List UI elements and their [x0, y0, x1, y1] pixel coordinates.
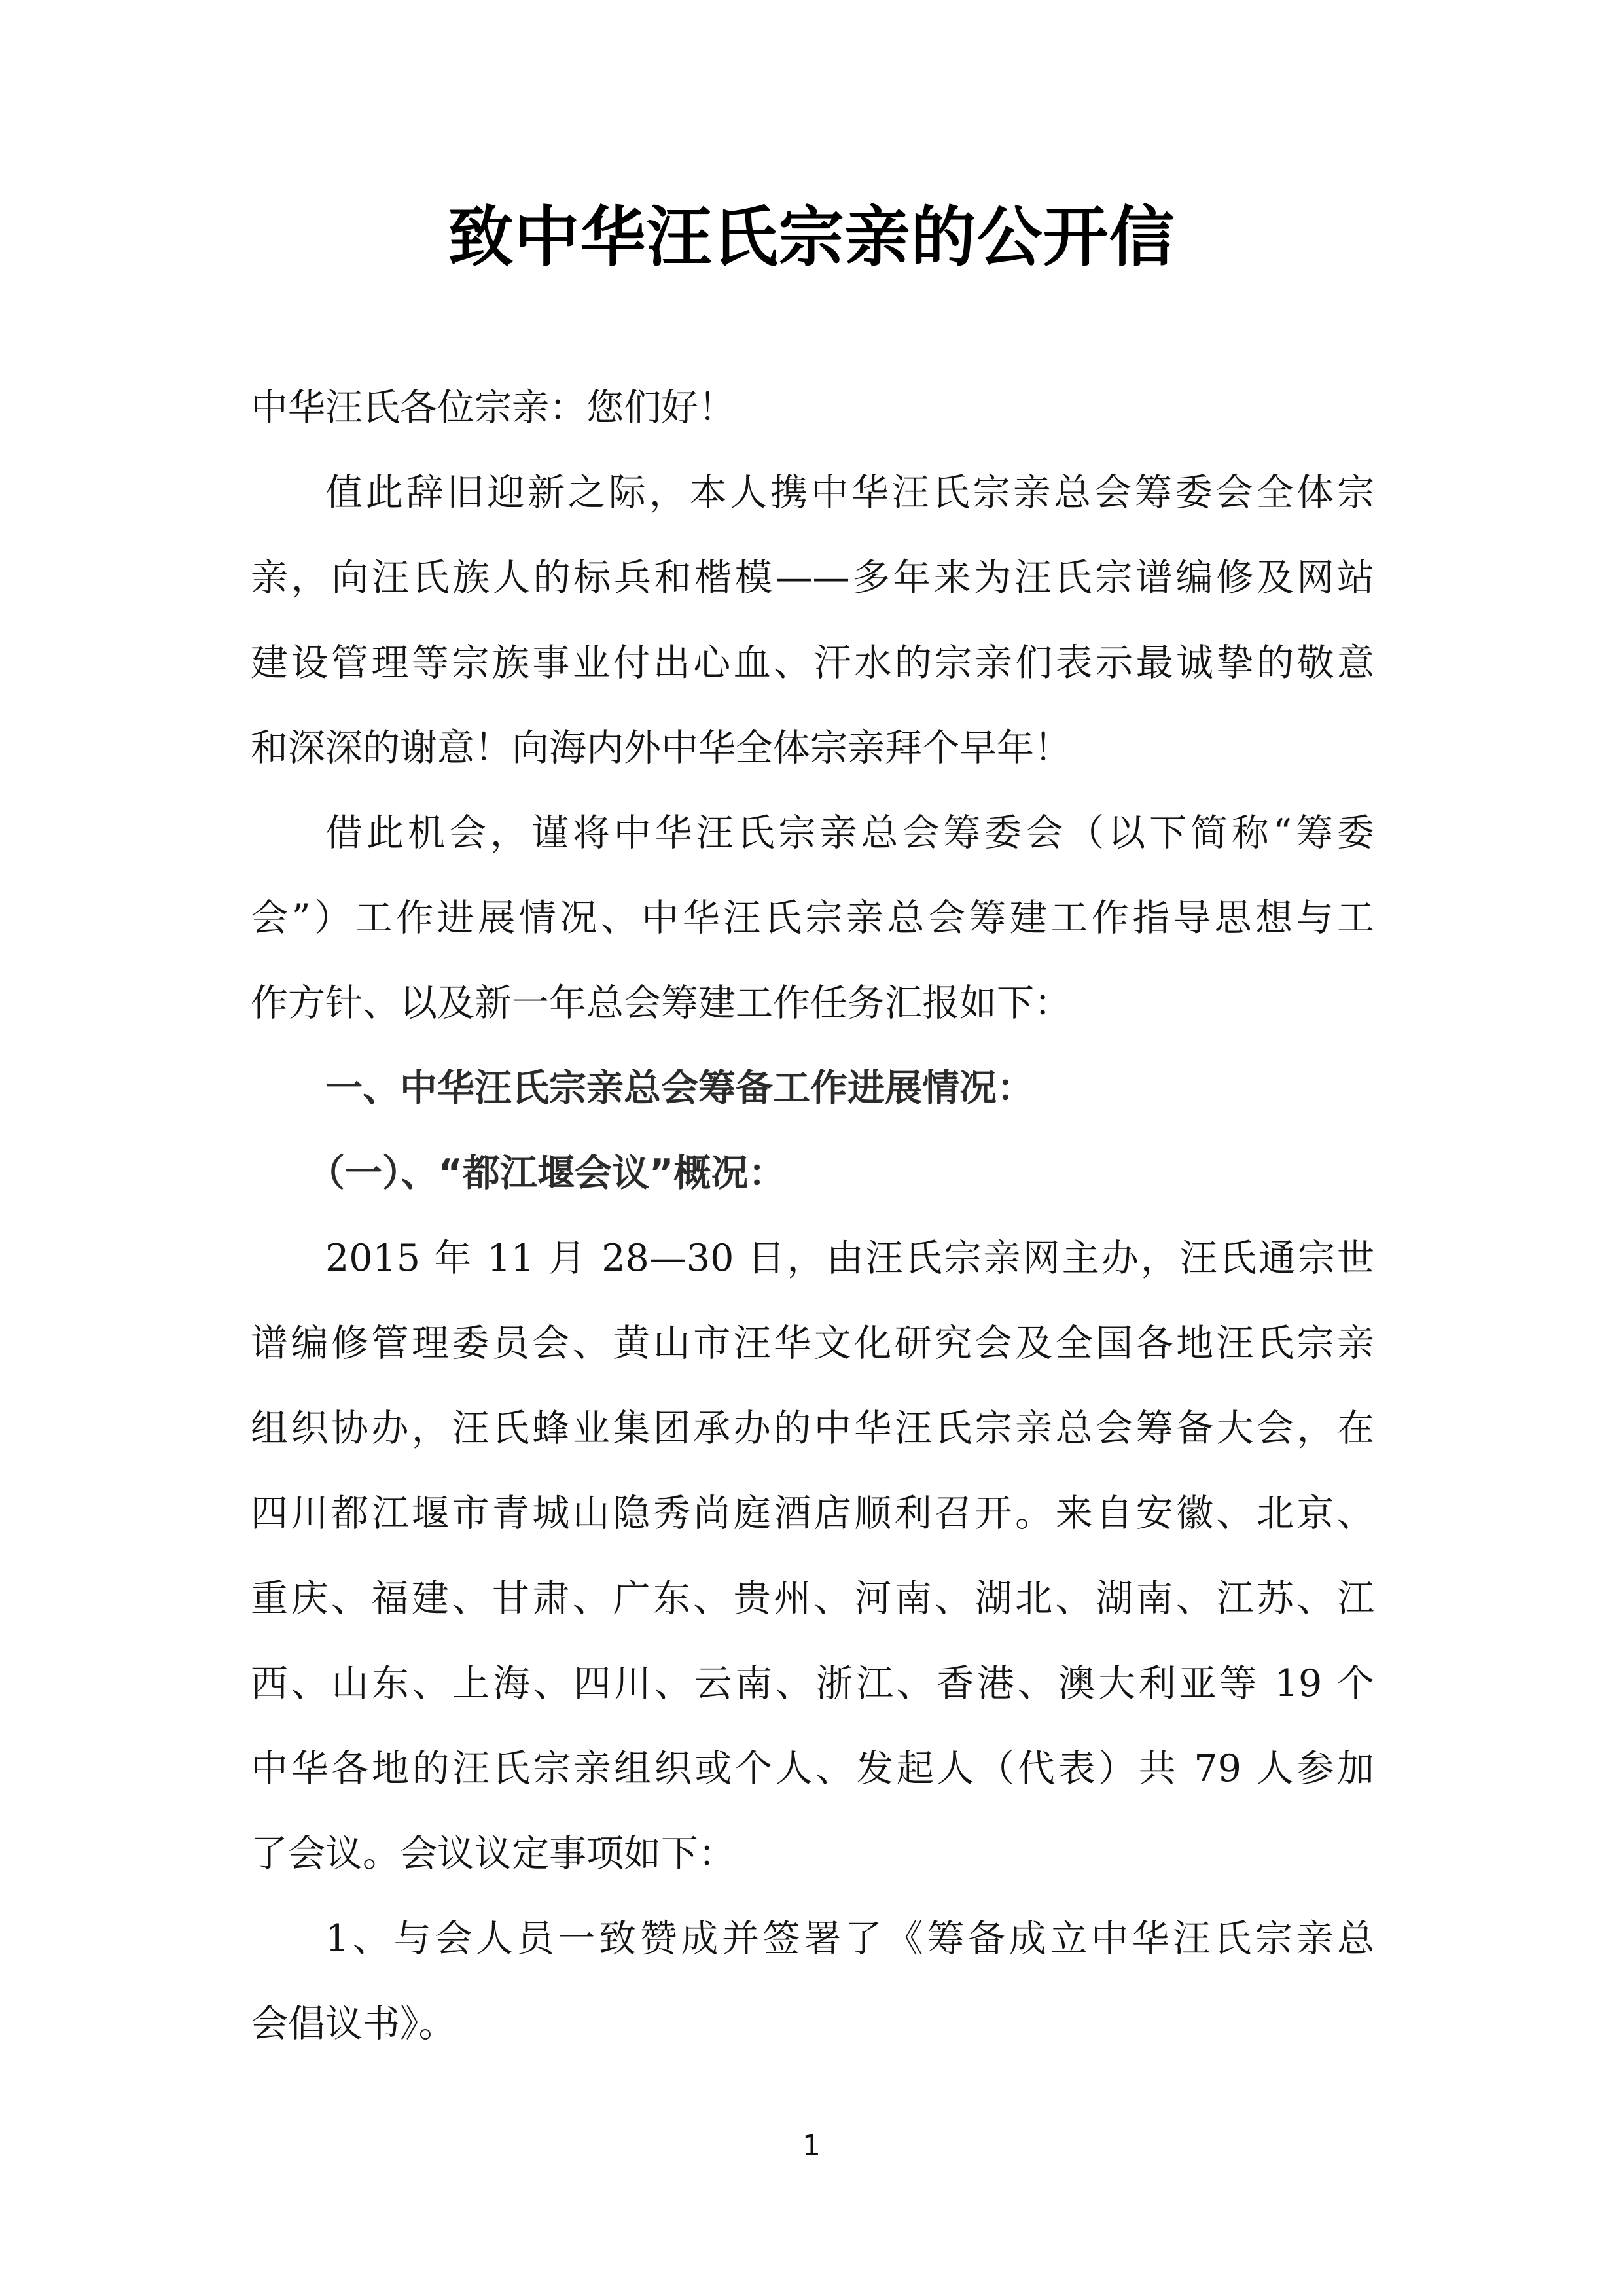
meeting-paragraph-line-1: 2015 年 11 月 28—30 日，由汪氏宗亲网主办，汪氏通宗世	[325, 1237, 1374, 1279]
paragraph-1-line-3: 建设管理等宗族事业付出心血、汗水的宗亲们表示最诚挚的敬意	[251, 642, 1374, 684]
meeting-paragraph-line-8: 了会议。会议议定事项如下：	[251, 1833, 1374, 1875]
meeting-paragraph-line-2: 谱编修管理委员会、黄山市汪华文化研究会及全国各地汪氏宗亲	[251, 1322, 1374, 1364]
paragraph-1-line-2: 亲，向汪氏族人的标兵和楷模——多年来为汪氏宗谱编修及网站	[251, 557, 1374, 599]
meeting-paragraph-line-4: 四川都江堰市青城山隐秀尚庭酒店顺利召开。来自安徽、北京、	[251, 1492, 1374, 1534]
paragraph-2-line-3: 作方针、以及新一年总会筹建工作任务汇报如下：	[251, 982, 1374, 1024]
document-page: 致中华汪氏宗亲的公开信 中华汪氏各位宗亲：您们好！ 值此辞旧迎新之际，本人携中华…	[0, 0, 1623, 2296]
paragraph-2-line-2: 会”）工作进展情况、中华汪氏宗亲总会筹建工作指导思想与工	[251, 897, 1374, 939]
meeting-paragraph-line-6: 西、山东、上海、四川、云南、浙江、香港、澳大利亚等 19 个	[251, 1663, 1374, 1704]
subsection-heading-1: （一）、“都江堰会议”概况：	[308, 1152, 1357, 1194]
paragraph-2-line-1: 借此机会，谨将中华汪氏宗亲总会筹委会（以下简称“筹委	[325, 812, 1374, 854]
paragraph-1-line-4: 和深深的谢意！向海内外中华全体宗亲拜个早年！	[251, 727, 1374, 769]
meeting-paragraph-line-3: 组织协办，汪氏蜂业集团承办的中华汪氏宗亲总会筹备大会，在	[251, 1407, 1374, 1449]
paragraph-1-line-1: 值此辞旧迎新之际，本人携中华汪氏宗亲总会筹委会全体宗	[325, 472, 1374, 514]
page-number: 1	[0, 2132, 1623, 2161]
item-1-line-2: 会倡议书》。	[251, 2003, 1374, 2045]
letter-title: 致中华汪氏宗亲的公开信	[0, 204, 1623, 270]
greeting-line: 中华汪氏各位宗亲：您们好！	[251, 387, 1374, 429]
section-heading-1: 一、中华汪氏宗亲总会筹备工作进展情况：	[325, 1067, 1374, 1109]
meeting-paragraph-line-7: 中华各地的汪氏宗亲组织或个人、发起人（代表）共 79 人参加	[251, 1748, 1374, 1790]
item-1-line-1: 1、与会人员一致赞成并签署了《筹备成立中华汪氏宗亲总	[325, 1918, 1374, 1960]
meeting-paragraph-line-5: 重庆、福建、甘肃、广东、贵州、河南、湖北、湖南、江苏、江	[251, 1578, 1374, 1619]
